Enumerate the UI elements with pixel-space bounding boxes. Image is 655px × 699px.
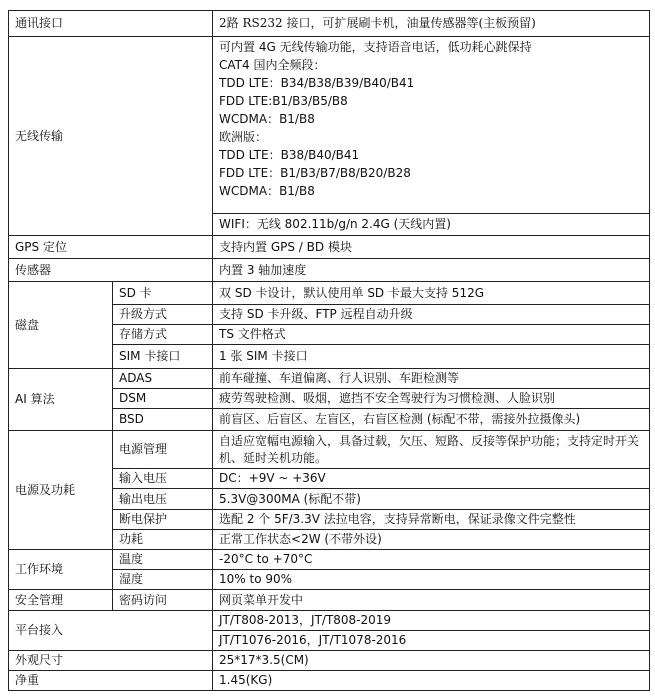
sub-disk-upgrade: 升级方式 [113, 305, 213, 325]
value-disk-sim: 1 张 SIM 卡接口 [213, 345, 650, 369]
label-platform: 平台接入 [9, 611, 213, 651]
sub-power-output: 输出电压 [113, 489, 213, 510]
row-gps: GPS 定位 支持内置 GPS / BD 模块 [9, 236, 650, 259]
wireless-line: WCDMA：B1/B8 [219, 182, 643, 200]
value-sensor: 内置 3 轴加速度 [213, 259, 650, 282]
label-env: 工作环境 [9, 550, 113, 590]
value-ai-bsd: 前盲区、后盲区、左盲区，右盲区检测 (标配不带，需接外拉摄像头) [213, 409, 650, 431]
label-sensor: 传感器 [9, 259, 213, 282]
wireless-line: WCDMA：B1/B8 [219, 110, 643, 128]
value-ai-adas: 前车碰撞、车道偏离、行人识别、车距检测等 [213, 369, 650, 389]
row-platform-1: 平台接入 JT/T808-2013，JT/T808-2019 [9, 611, 650, 631]
value-power-backup: 选配 2 个 5F/3.3V 法拉电容，支持异常断电，保证录像文件完整性 [213, 510, 650, 530]
label-power: 电源及功耗 [9, 431, 113, 550]
row-sensor: 传感器 内置 3 轴加速度 [9, 259, 650, 282]
value-power-consumption: 正常工作状态<2W (不带外设) [213, 530, 650, 550]
label-security: 安全管理 [9, 590, 113, 611]
sub-security: 密码访问 [113, 590, 213, 611]
wireless-line: TDD LTE：B38/B40/B41 [219, 146, 643, 164]
row-disk-sd: 磁盘 SD 卡 双 SD 卡设计，默认使用单 SD 卡最大支持 512G [9, 282, 650, 305]
value-disk-sd: 双 SD 卡设计，默认使用单 SD 卡最大支持 512G [213, 282, 650, 305]
value-ai-dsm: 疲劳驾驶检测、吸烟，遮挡不安全驾驶行为习惯检测、人脸识别 [213, 389, 650, 409]
sub-ai-adas: ADAS [113, 369, 213, 389]
value-disk-storage: TS 文件格式 [213, 325, 650, 345]
wireless-line: FDD LTE：B1/B3/B7/B8/B20/B28 [219, 164, 643, 182]
row-ai-adas: AI 算法 ADAS 前车碰撞、车道偏离、行人识别、车距检测等 [9, 369, 650, 389]
label-wireless: 无线传输 [9, 37, 213, 236]
value-power-mgmt: 自适应宽幅电源输入，具备过载，欠压、短路、反接等保护功能；支持定时开关机、延时关… [213, 431, 650, 469]
label-weight: 净重 [9, 671, 213, 691]
value-security: 网页菜单开发中 [213, 590, 650, 611]
label-disk: 磁盘 [9, 282, 113, 369]
label-ai: AI 算法 [9, 369, 113, 431]
sub-power-input: 输入电压 [113, 469, 213, 489]
value-platform-1: JT/T808-2013，JT/T808-2019 [213, 611, 650, 631]
sub-disk-sim: SIM 卡接口 [113, 345, 213, 369]
row-env-temp: 工作环境 温度 -20°C to +70°C [9, 550, 650, 570]
sub-env-humidity: 湿度 [113, 570, 213, 590]
value-comm: 2路 RS232 接口，可扩展刷卡机，油量传感器等(主板预留) [213, 11, 650, 37]
sub-power-backup: 断电保护 [113, 510, 213, 530]
row-weight: 净重 1.45(KG) [9, 671, 650, 691]
row-comm: 通讯接口 2路 RS232 接口，可扩展刷卡机，油量传感器等(主板预留) [9, 11, 650, 37]
sub-ai-bsd: BSD [113, 409, 213, 431]
value-power-output: 5.3V@300MA (标配不带) [213, 489, 650, 510]
value-env-temp: -20°C to +70°C [213, 550, 650, 570]
sub-ai-dsm: DSM [113, 389, 213, 409]
value-weight: 1.45(KG) [213, 671, 650, 691]
label-size: 外观尺寸 [9, 651, 213, 671]
label-gps: GPS 定位 [9, 236, 213, 259]
value-wifi: WIFI：无线 802.11b/g/n 2.4G (天线内置) [213, 214, 650, 236]
wireless-line: TDD LTE：B34/B38/B39/B40/B41 [219, 74, 643, 92]
sub-disk-sd: SD 卡 [113, 282, 213, 305]
spec-table: 通讯接口 2路 RS232 接口，可扩展刷卡机，油量传感器等(主板预留) 无线传… [8, 10, 650, 691]
value-disk-upgrade: 支持 SD 卡升级、FTP 远程自动升级 [213, 305, 650, 325]
value-size: 25*17*3.5(CM) [213, 651, 650, 671]
value-platform-2: JT/T1076-2016，JT/T1078-2016 [213, 631, 650, 651]
value-power-input: DC：+9V ~ +36V [213, 469, 650, 489]
row-security: 安全管理 密码访问 网页菜单开发中 [9, 590, 650, 611]
row-power-mgmt: 电源及功耗 电源管理 自适应宽幅电源输入，具备过载，欠压、短路、反接等保护功能；… [9, 431, 650, 469]
sub-env-temp: 温度 [113, 550, 213, 570]
value-env-humidity: 10% to 90% [213, 570, 650, 590]
value-gps: 支持内置 GPS / BD 模块 [213, 236, 650, 259]
wireless-line: 欧洲版： [219, 128, 643, 146]
row-size: 外观尺寸 25*17*3.5(CM) [9, 651, 650, 671]
wireless-line: FDD LTE:B1/B3/B5/B8 [219, 92, 643, 110]
wireless-line: CAT4 国内全频段： [219, 56, 643, 74]
sub-power-mgmt: 电源管理 [113, 431, 213, 469]
wireless-line: 可内置 4G 无线传输功能，支持语音电话，低功耗心跳保持 [219, 38, 643, 56]
label-comm: 通讯接口 [9, 11, 213, 37]
value-wireless: 可内置 4G 无线传输功能，支持语音电话，低功耗心跳保持 CAT4 国内全频段：… [213, 37, 650, 214]
sub-disk-storage: 存储方式 [113, 325, 213, 345]
row-wireless: 无线传输 可内置 4G 无线传输功能，支持语音电话，低功耗心跳保持 CAT4 国… [9, 37, 650, 214]
sub-power-consumption: 功耗 [113, 530, 213, 550]
